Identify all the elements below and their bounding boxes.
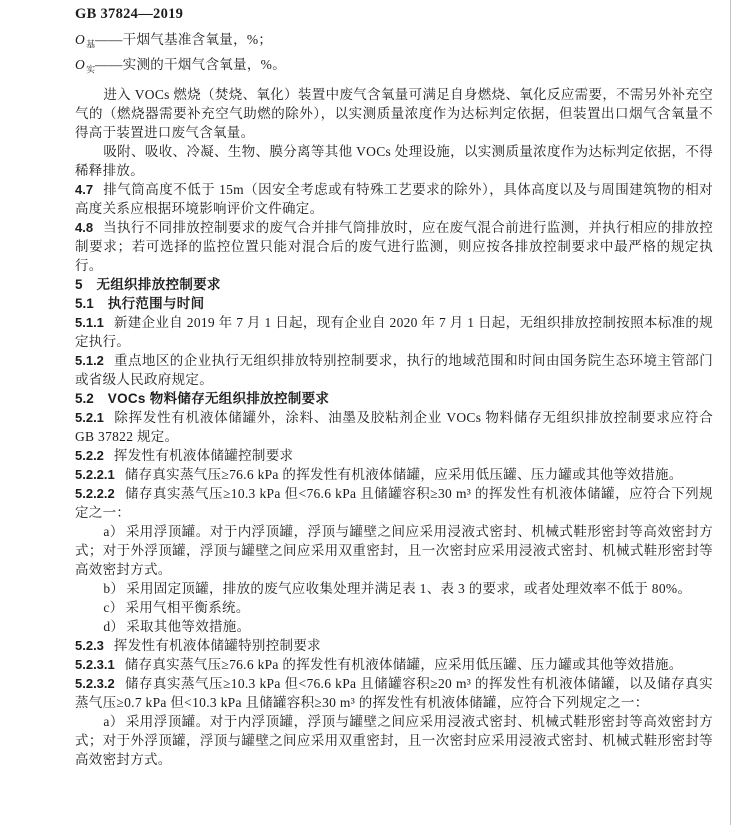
clause-5.2.3: 5.2.3挥发性有机液体储罐特别控制要求 [75, 636, 713, 655]
clause-number: 5.2.1 [75, 410, 104, 425]
clause-number: 5 [75, 277, 83, 292]
list-marker: a） [103, 524, 123, 539]
clause-5.2.1: 5.2.1除挥发性有机液体储罐外，涂料、油墨及胶粘剂企业 VOCs 物料储存无组… [75, 408, 713, 446]
clause-5.1.1: 5.1.1新建企业自 2019 年 7 月 1 日起，现有企业自 2020 年 … [75, 313, 713, 351]
clause-number: 5.2 [75, 391, 94, 406]
list-item-15: a）采用浮顶罐。对于内浮顶罐，浮顶与罐壁之间应采用浸液式密封、机械式鞋形密封等高… [75, 522, 713, 579]
definition-1: O实——实测的干烟气含氧量，%。 [75, 55, 713, 80]
para-2: 进入 VOCs 燃烧（焚烧、氧化）装置中废气含氧量可满足自身燃烧、氧化反应需要，… [75, 85, 713, 142]
page-edge-line [730, 0, 731, 825]
definition-subscript: 基 [86, 40, 95, 50]
list-marker: a） [103, 714, 123, 729]
list-item-18: d）采取其他等效措施。 [75, 617, 713, 636]
clause-5.2.2: 5.2.2挥发性有机液体储罐控制要求 [75, 446, 713, 465]
document-body: O基——干烟气基准含氧量，%；O实——实测的干烟气含氧量，%。进入 VOCs 燃… [75, 30, 713, 769]
clause-number: 5.2.3.1 [75, 657, 115, 672]
clause-4.8: 4.8当执行不同排放控制要求的废气合并排气筒排放时，应在废气混合前进行监测，并执… [75, 218, 713, 275]
section-5.2: 5.2VOCs 物料储存无组织排放控制要求 [75, 389, 713, 408]
clause-number: 5.1 [75, 296, 94, 311]
clause-number: 5.2.2.2 [75, 486, 115, 501]
document-page: GB 37824—2019 O基——干烟气基准含氧量，%；O实——实测的干烟气含… [0, 0, 734, 825]
clause-5.2.3.2: 5.2.3.2储存真实蒸气压≥10.3 kPa 但<76.6 kPa 且储罐容积… [75, 674, 713, 712]
clause-number: 5.1.2 [75, 353, 104, 368]
list-marker: d） [103, 619, 124, 634]
section-5.1: 5.1执行范围与时间 [75, 294, 713, 313]
list-marker: b） [103, 581, 124, 596]
definition-subscript: 实 [86, 64, 95, 74]
clause-number: 5.1.1 [75, 315, 104, 330]
clause-number: 5.2.3 [75, 638, 104, 653]
clause-number: 5.2.2 [75, 448, 104, 463]
clause-number: 4.7 [75, 182, 93, 197]
list-item-17: c）采用气相平衡系统。 [75, 598, 713, 617]
definition-symbol: O [75, 57, 86, 72]
clause-4.7: 4.7排气筒高度不低于 15m（因安全考虑或有特殊工艺要求的除外），具体高度以及… [75, 180, 713, 218]
list-item-16: b）采用固定顶罐，排放的废气应收集处理并满足表 1、表 3 的要求，或者处理效率… [75, 579, 713, 598]
list-marker: c） [103, 600, 123, 615]
clause-number: 5.2.3.2 [75, 676, 115, 691]
list-item-22: a）采用浮顶罐。对于内浮顶罐，浮顶与罐壁之间应采用浸液式密封、机械式鞋形密封等高… [75, 712, 713, 769]
definition-symbol: O [75, 32, 86, 47]
clause-number: 4.8 [75, 220, 93, 235]
chapter-5: 5无组织排放控制要求 [75, 275, 713, 294]
clause-number: 5.2.2.1 [75, 467, 115, 482]
clause-5.1.2: 5.1.2重点地区的企业执行无组织排放特别控制要求，执行的地域范围和时间由国务院… [75, 351, 713, 389]
clause-5.2.3.1: 5.2.3.1储存真实蒸气压≥76.6 kPa 的挥发性有机液体储罐，应采用低压… [75, 655, 713, 674]
clause-5.2.2.1: 5.2.2.1储存真实蒸气压≥76.6 kPa 的挥发性有机液体储罐，应采用低压… [75, 465, 713, 484]
definition-0: O基——干烟气基准含氧量，%； [75, 30, 713, 55]
clause-5.2.2.2: 5.2.2.2储存真实蒸气压≥10.3 kPa 但<76.6 kPa 且储罐容积… [75, 484, 713, 522]
para-3: 吸附、吸收、冷凝、生物、膜分离等其他 VOCs 处理设施，以实测质量浓度作为达标… [75, 142, 713, 180]
page-header-standard-code: GB 37824—2019 [75, 6, 183, 23]
